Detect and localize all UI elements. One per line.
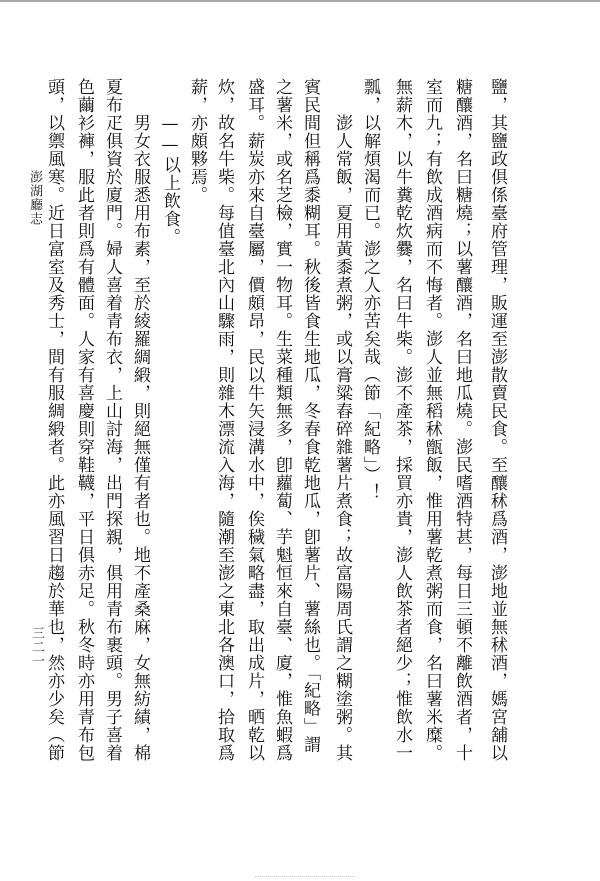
text-column: 炊，故名牛柴。每值臺北內山驟雨，則雜木漂流入海，隨潮至澎之東北各澳口，拾取爲: [214, 78, 234, 762]
text-column: 鹽，其鹽政俱係臺府管理，販運至澎散賣民食。至釀秫爲酒，澎地並無秫酒，媽宮舖以: [487, 78, 507, 762]
text-column: 澎人常飯，夏用黃黍煮粥，或以膏粱舂碎雜薯片煮食；故富陽周氏謂之糊塗粥。其: [332, 114, 352, 762]
document-page: 澎湖廳志 三二一 鹽，其鹽政俱係臺府管理，販運至澎散賣民食。至釀秫爲酒，澎地並無…: [0, 0, 600, 881]
text-column: 薪，亦頗夥焉。: [187, 78, 207, 204]
text-column: 之薯米，或名芝檢，實一物耳。生菜種類無多，卽蘿蔔、芋魁恒來自臺、廈，惟魚蝦爲: [272, 78, 292, 762]
page-number: 三二一: [28, 626, 44, 668]
text-column: 盛耳。薪炭亦來自臺屬，價頗昂，民以牛矢浸溝水中，俟穢氣略盡，取出成片，晒乾以: [244, 78, 264, 762]
text-column: 夏布疋俱資於廈門。婦人喜着青布衣，上山討海，出門探親，俱用青布裹頭。男子喜着: [102, 78, 122, 762]
section-end-marker: ——以上飲食。: [160, 114, 180, 246]
text-column: 無薪木，以牛糞乾炊爨，名曰牛柴。澎不產茶，採買亦貴，澎人飲茶者絕少；惟飲水一: [392, 78, 412, 762]
text-column: 頭，以禦風寒。近日富室及秀士，間有服綢緞者。此亦風習日趨於華也，然亦少矣（節: [44, 78, 64, 762]
text-column: 男女衣服悉用布素，至於綾羅綢緞，則絕無僅有者也。地不產桑麻，女無紡績，棉: [130, 114, 150, 762]
text-column: 室而九；有飲成酒病而不悔者。澎人並無稻秫甑飯，惟用薯乾煮粥而食，名曰薯米糜。: [422, 78, 442, 762]
text-column: 糖釀酒，名曰糖燒；以薯釀酒，名曰地瓜燒。澎民嗜酒特甚，每日三頓不離飲酒者，十: [452, 78, 472, 762]
text-column: 賓民間但稱爲黍糊耳。秋後皆食生地瓜，冬春食乾地瓜，卽薯片、薯絲也。「紀略」謂: [300, 78, 320, 754]
text-column: 瓢，以解煩渴而已。澎之人亦苦矣哉（節「紀略」）！: [360, 78, 380, 502]
text-column: 色繭衫褲，服此者則爲有體面。人家有喜慶則穿鞋韈，平日俱赤足。秋冬時亦用青布包: [74, 78, 94, 762]
running-head: 澎湖廳志: [26, 170, 42, 226]
scan-artifact: [255, 876, 355, 879]
